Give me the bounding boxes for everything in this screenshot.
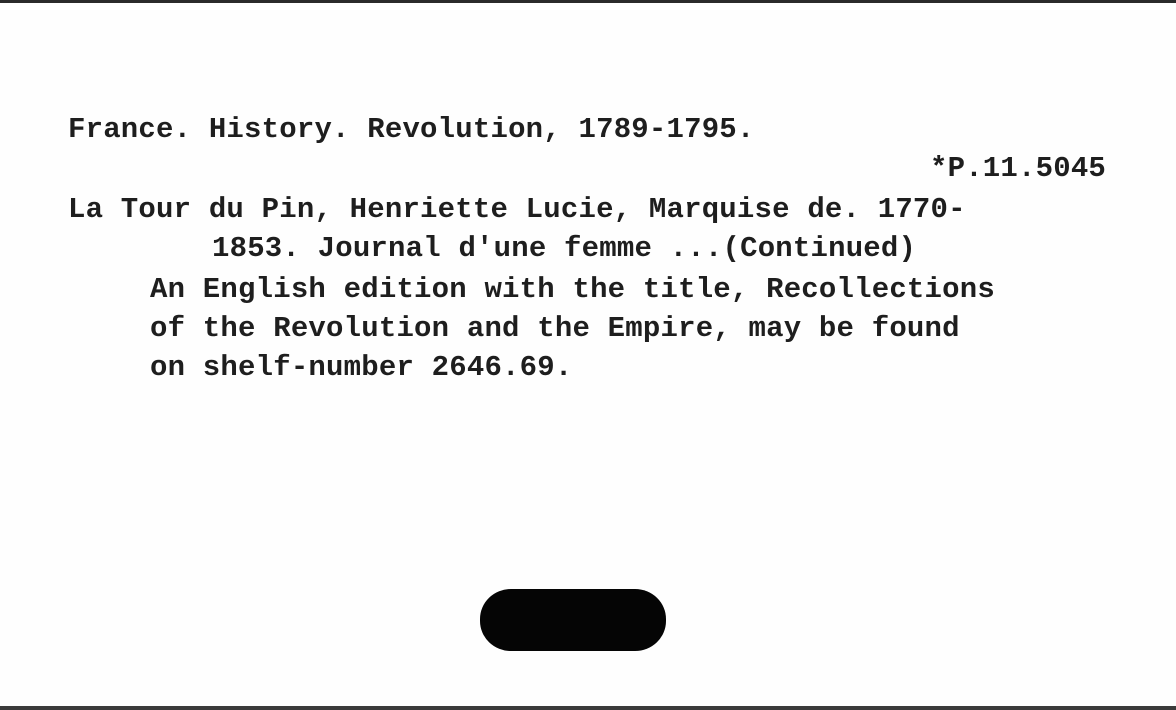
note-line-3: on shelf-number 2646.69. xyxy=(150,353,572,382)
author-entry-line-2: 1853. Journal d'une femme ...(Continued) xyxy=(212,234,916,263)
note-line-2: of the Revolution and the Empire, may be… xyxy=(150,314,960,343)
call-number: *P.11.5045 xyxy=(930,154,1106,183)
subject-heading: France. History. Revolution, 1789-1795. xyxy=(68,115,755,144)
author-entry-line-1: La Tour du Pin, Henriette Lucie, Marquis… xyxy=(68,195,966,224)
note-line-1: An English edition with the title, Recol… xyxy=(150,275,995,304)
catalog-card: France. History. Revolution, 1789-1795. … xyxy=(0,0,1176,710)
ink-blot-redaction xyxy=(480,589,666,651)
